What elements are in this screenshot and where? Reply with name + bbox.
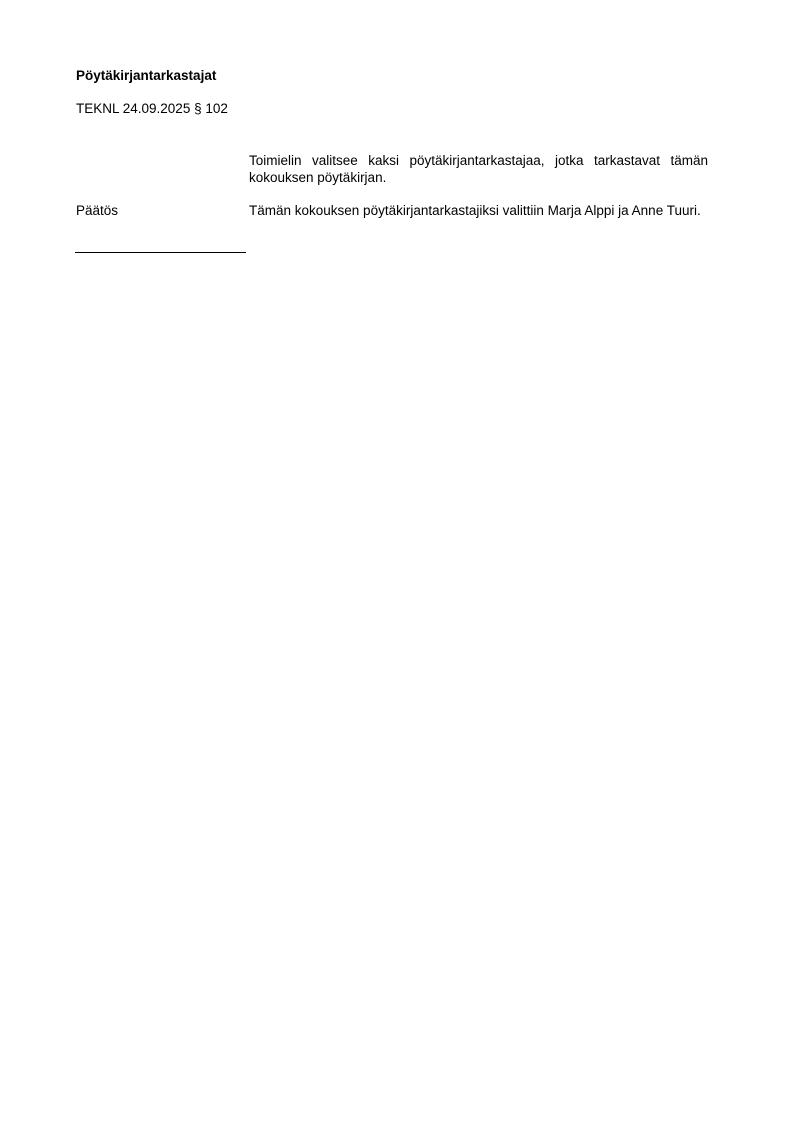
decision-text: Tämän kokouksen pöytäkirjantarkastajiksi…	[249, 202, 708, 219]
document-page: Pöytäkirjantarkastajat TEKNL 24.09.2025 …	[0, 0, 794, 1122]
separator-line	[75, 252, 246, 253]
decision-label: Päätös	[76, 202, 246, 219]
section-text: Toimielin valitsee kaksi pöytäkirjantark…	[249, 152, 708, 186]
meeting-reference: TEKNL 24.09.2025 § 102	[76, 100, 228, 117]
document-title: Pöytäkirjantarkastajat	[76, 67, 216, 84]
